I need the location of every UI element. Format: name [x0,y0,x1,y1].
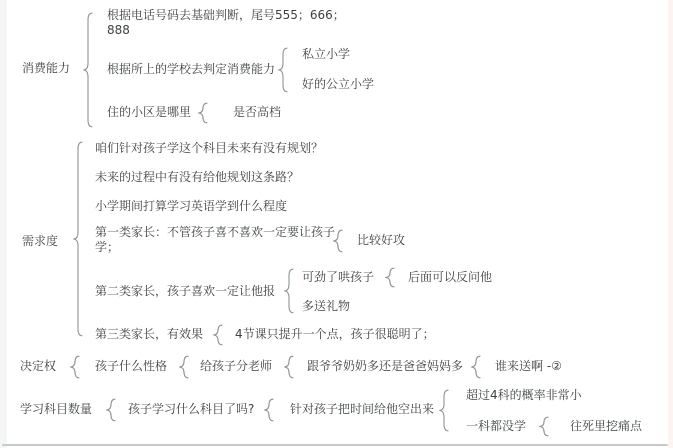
topic-english-level-question[interactable]: 小学期间打算学习英语学到什么程度 [95,199,287,214]
topic-parent-type-2[interactable]: 第二类家长，孩子喜欢一定让他报 [95,284,275,299]
topic-future-plan-question[interactable]: 咱们针对孩子学这个科目未来有没有规划？ [95,141,323,156]
topic-over-4-subjects-unlikely[interactable]: 超过4科的概率非常小 [466,388,582,403]
topic-good-public-primary[interactable]: 好的公立小学 [302,77,374,92]
topic-coax-child[interactable]: 可劲了哄孩子 [302,270,374,285]
brace-connector [283,355,295,379]
mindmap-canvas: 消费能力 根据电话号码去基础判断，尾号555；666；888 根据所上的学校去判… [0,0,673,448]
topic-upscale-or-not[interactable]: 是否高档 [233,105,281,120]
topic-residence-area[interactable]: 住的小区是哪里 [107,105,191,120]
topic-path-plan-question[interactable]: 未来的过程中有没有给他规划这条路？ [95,170,299,185]
bottom-divider [2,444,668,446]
topic-give-gifts[interactable]: 多送礼物 [302,299,350,314]
topic-subject-count[interactable]: 学习科目数量 [20,402,92,417]
brace-connector [82,12,94,128]
right-edge-strip [668,0,673,448]
brace-connector [470,355,482,379]
topic-parent-type-3[interactable]: 第三类家长，有效果 [95,327,203,342]
topic-parent-type-1[interactable]: 第一类家长：不管孩子喜不喜欢一定要让孩子学； [95,225,341,255]
brace-connector [384,267,396,288]
topic-demand-level[interactable]: 需求度 [22,234,58,249]
topic-child-personality[interactable]: 孩子什么性格 [95,359,167,374]
brace-connector [283,268,295,314]
topic-grandparents-or-parents[interactable]: 跟爷爷奶奶多还是爸爸妈妈多 [307,359,463,374]
topic-ask-back-later[interactable]: 后面可以反问他 [408,270,492,285]
topic-smart-child-progress[interactable]: 4节课只提升一个点，孩子很聪明了； [235,327,435,342]
topic-which-subjects-question[interactable]: 孩子学习什么科目了吗? [128,402,254,417]
brace-connector [438,389,450,432]
topic-easy-to-convince[interactable]: 比较好攻 [357,233,405,248]
topic-private-primary[interactable]: 私立小学 [302,47,350,62]
topic-dig-pain-points[interactable]: 往死里挖痛点 [570,419,642,434]
left-edge-strip [0,0,7,448]
topic-free-up-time[interactable]: 针对孩子把时间给他空出来 [290,402,434,417]
brace-connector [277,47,289,93]
brace-connector [69,355,81,379]
brace-connector [212,324,224,346]
brace-connector [332,229,344,253]
topic-consumption-ability[interactable]: 消费能力 [22,61,70,76]
brace-connector [72,141,84,337]
brace-connector [263,398,275,422]
topic-decision-power[interactable]: 决定权 [20,359,56,374]
brace-connector [538,416,550,437]
brace-connector [105,398,117,422]
topic-who-drops-off[interactable]: 谁来送啊 -② [495,359,562,374]
topic-school-check[interactable]: 根据所上的学校去判定消费能力 [107,62,275,77]
topic-no-subjects[interactable]: 一科都没学 [466,419,526,434]
brace-connector [178,355,190,379]
brace-connector [197,102,209,124]
topic-phone-number-check[interactable]: 根据电话号码去基础判断，尾号555；666；888 [107,8,347,38]
topic-assign-teacher[interactable]: 给孩子分老师 [200,359,272,374]
